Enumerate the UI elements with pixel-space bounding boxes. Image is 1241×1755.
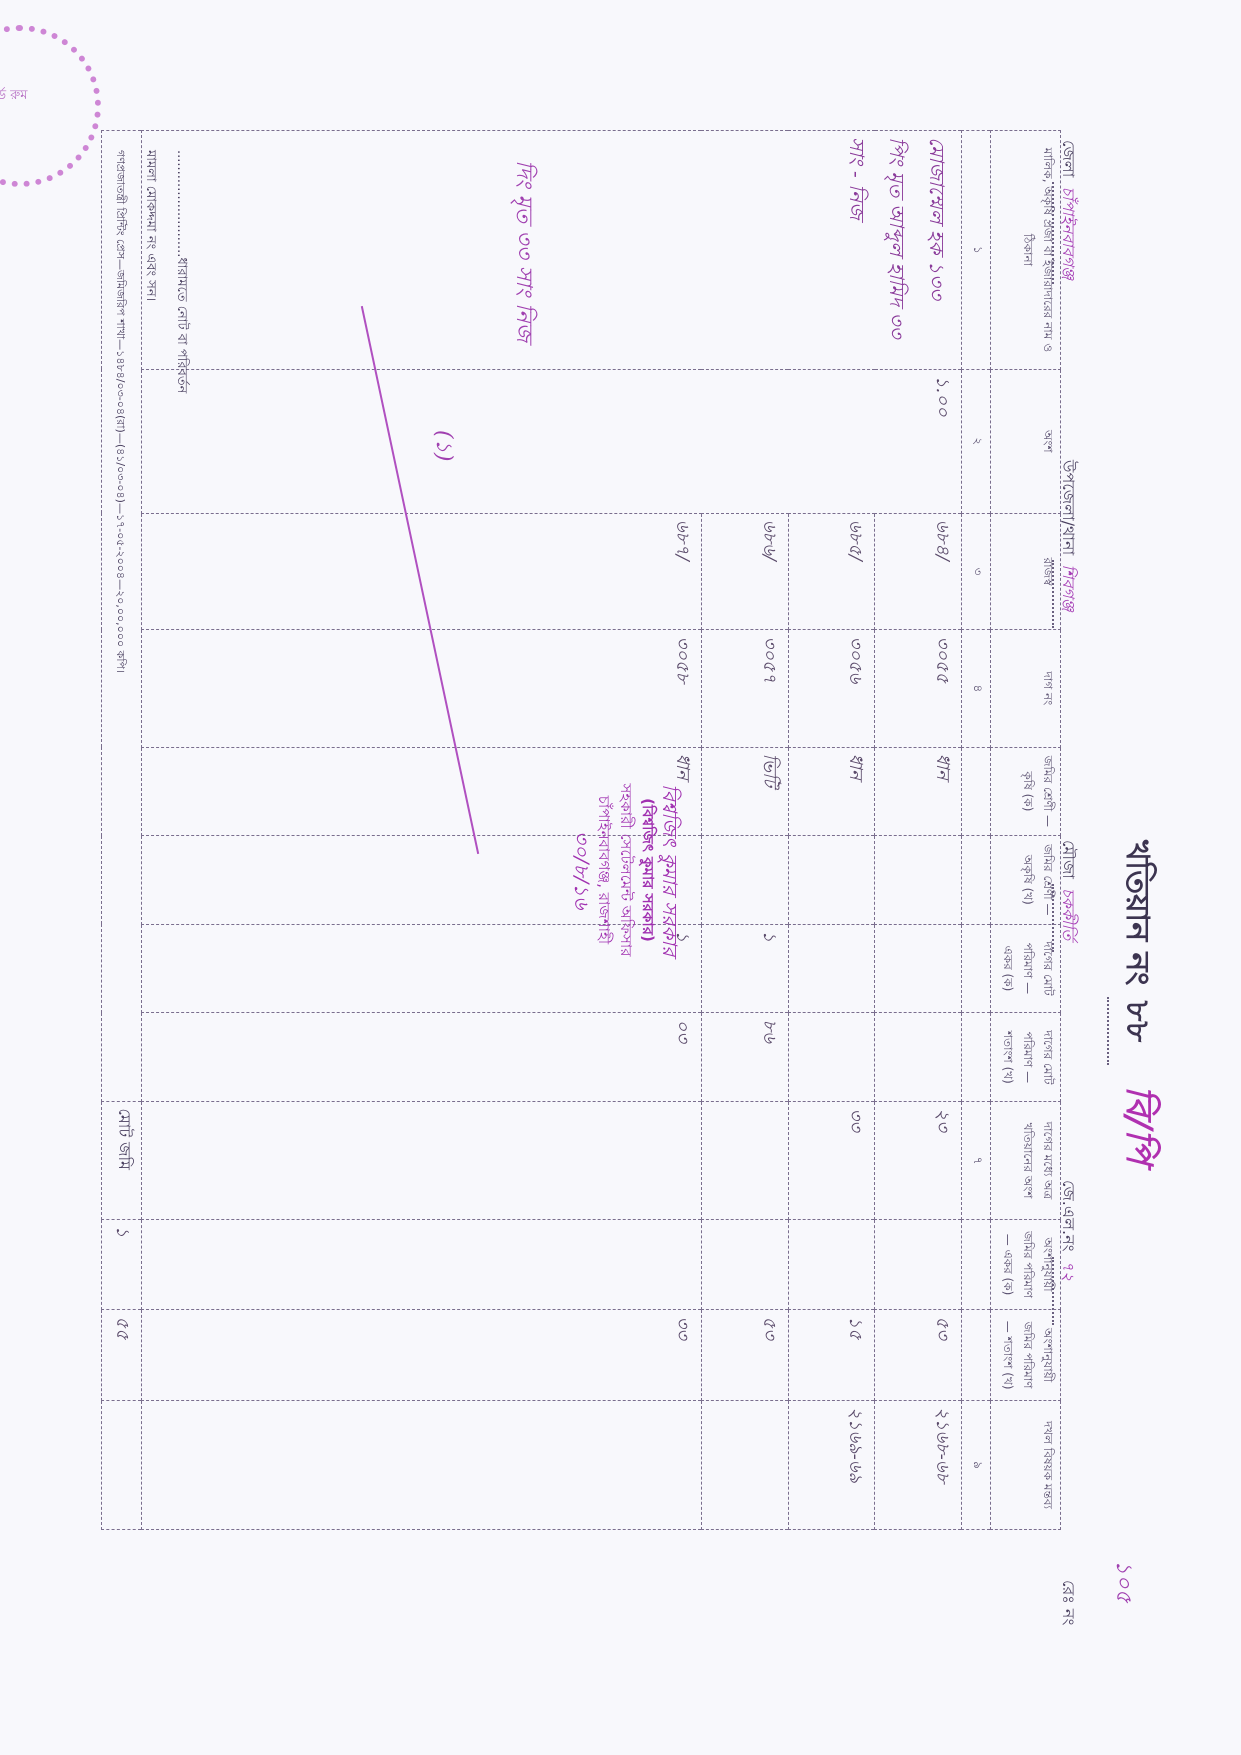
owner-cell: মোজাম্মেল হক ১৩৩ পিং মৃত আব্দুল হামিদ ৩৩… [142,131,962,370]
officer-seal: বিশ্বজিৎ কুমার সরকার (বিশ্বজিৎ কুমার সরক… [571,760,681,980]
page-title: খতিয়ান নং ৮৮ বি/পি [1106,840,1166,1164]
circled-number: (১) [424,430,461,461]
col-dag: দাগ নং [991,630,1061,747]
col-acre-part: অংশানুযায়ী জমির পরিমাণ — একর (ক) [991,1219,1061,1310]
col-shatangsho: দাগের মোট পরিমাণ — শতাংশ (খ) [991,1013,1061,1102]
officer-signature: বিশ্বজিৎ কুমার সরকার [659,760,681,980]
officer-office: চাঁপাইনবাবগঞ্জ, রাজশাহী [593,760,615,980]
officer-name: (বিশ্বজিৎ কুমার সরকার) [637,760,659,980]
seal-date: ৩০/৮/১৬ [571,760,593,980]
khatian-number: ৮৮ [1107,997,1163,1065]
col-owner: মালিক, অকৃষি প্রজা বা ইজারাদারের নাম ও ঠ… [991,131,1061,370]
col-remark: দখল বিষয়ক মন্তব্য [991,1400,1061,1529]
share-cell: ১.০০ [142,369,962,513]
footer-print-line: গণপ্রজাতন্ত্রী প্রিন্টিং প্রেস—জমিজরিপ শ… [110,150,129,1695]
khatian-suffix: বি/পি [1118,1086,1160,1164]
margin-note: ১০৫ [1104,1560,1141,1603]
footer-note-line: ..........................ধারামতে নোট বা… [170,150,191,1695]
col-krishi: জমির শ্রেণী — কৃষি (ক) [991,747,1061,836]
document-footer: ..........................ধারামতে নোট বা… [100,150,191,1695]
signature-note: দিং মৃত ৩৩ সাং নিজ [504,160,541,342]
col-shatangsho-part: অংশানুযায়ী জমির পরিমাণ — শতাংশ (খ) [991,1310,1061,1401]
col-okrishi: জমির শ্রেণী — অকৃষি (খ) [991,836,1061,924]
table-row: মোজাম্মেল হক ১৩৩ পিং মৃত আব্দুল হামিদ ৩৩… [875,131,962,1530]
footer-case-line: মামলা মোকদ্দমা নং এবং সন। [139,150,160,1695]
record-room-stamp: রেকর্ড রুম [0,25,101,187]
col-revenue: রাজস্ব [991,513,1061,630]
col-acre: দাগের মোট পরিমাণ — একর (ক) [991,924,1061,1013]
col-share: অংশ [991,369,1061,513]
officer-designation: সহকারী সেটেলমেন্ট অফিসার [615,760,637,980]
khatian-document: রেকর্ড রুম খতিয়ান নং ৮৮ বি/পি জেলা চাঁপ… [0,0,1241,1755]
col-share-in-dag: দাগের মধ্যে অত্র খতিয়ানের অংশ [991,1102,1061,1219]
reg-number-field: রেঃ নং [1054,1580,1081,1625]
